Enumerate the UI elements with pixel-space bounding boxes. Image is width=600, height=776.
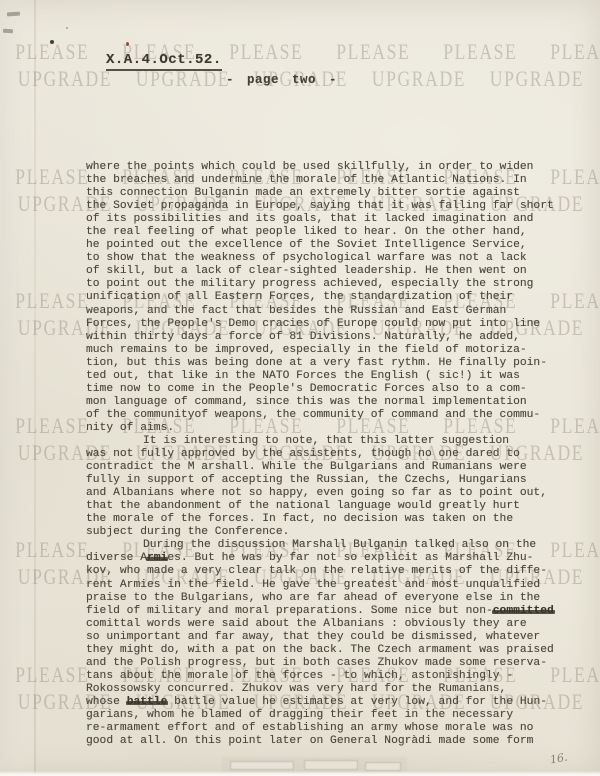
watermark-word: PLEASE [551, 41, 600, 63]
text-line: weapons, and the fact that besides the R… [86, 305, 566, 318]
text-line: mon language of command, since this was … [86, 396, 566, 409]
rust-speck [66, 27, 68, 29]
text-line: of its possibilities and its goals, that… [86, 213, 566, 226]
text-line: garians, whom he blamed of dragging thei… [86, 709, 566, 722]
watermark-row: PLEASEPLEASEPLEASEPLEASEPLEASEPLEASE [6, 41, 600, 63]
text-line: time now to come in the People's Democra… [86, 383, 566, 396]
text-line: within thirty days a force of 81 Divisio… [86, 331, 566, 344]
edge-mark [3, 29, 13, 34]
text-line: re-armament effort and of establishing a… [86, 722, 566, 735]
text-line: the breaches and undermine the morale of… [86, 174, 566, 187]
text-line: unification of all Eastern Forces, the s… [86, 291, 566, 304]
text-line: he pointed out the excellence of the Sov… [86, 239, 566, 252]
text-line: and the Polish progress, but in both cas… [86, 657, 566, 670]
fold-crease [34, 0, 36, 776]
text-line: the real feeling of what people liked to… [86, 226, 566, 239]
watermark-word: UPGRADE [489, 68, 583, 90]
text-line: they might do, with a pat on the back. T… [86, 644, 566, 657]
rust-speck [126, 42, 129, 46]
page-number-label: - page two - [226, 73, 337, 87]
text-line: good at all. On this point later on Gene… [86, 735, 566, 748]
text-line: tion, but this was being done at a very … [86, 357, 566, 370]
watermark-word: PLEASE [229, 41, 303, 63]
scan-edge-bottom [0, 771, 600, 776]
text-line: Forces, the People's Demo cracies of Eur… [86, 318, 566, 331]
watermark-word: UPGRADE [372, 68, 466, 90]
text-line: the morale of the forces. In fact, no de… [86, 513, 566, 526]
text-line: ted out, that like in the NATO Forces th… [86, 370, 566, 383]
scan-edge-left [0, 0, 34, 776]
text-line: fully in support of accepting the Russia… [86, 474, 566, 487]
text-line: whose battle battle value he estimates a… [86, 696, 566, 709]
text-line: to show that the weakness of psychologic… [86, 252, 566, 265]
text-line: It is interesting to note, that this lat… [86, 435, 566, 448]
text-line: contradict the M arshall. While the Bulg… [86, 461, 566, 474]
text-line: this connection Bulganin made an extreme… [86, 187, 566, 200]
pencil-page-number: 16. [549, 751, 568, 767]
text-line: comittal words were said about the Alban… [86, 618, 566, 631]
text-line: where the points which could be used ski… [86, 161, 566, 174]
watermark-word: PLEASE [336, 41, 410, 63]
text-line: so unimportant and far away, that they c… [86, 631, 566, 644]
document-reference: X.A.4.Oct.52. [106, 52, 222, 71]
text-line: much remains to be improved, especially … [86, 344, 566, 357]
struck-out-word: rmi [147, 552, 167, 564]
text-line: During the discussion Marshall Bulganin … [86, 539, 566, 552]
text-line: to point out the military progress achie… [86, 278, 566, 291]
text-line: of the communityof weapons, the communit… [86, 409, 566, 422]
text-line: subject during the Conference. [86, 526, 566, 539]
text-line: praise to the Bulgarians, who are far ah… [86, 592, 566, 605]
struck-out-word: battle [127, 696, 168, 708]
document-page: PLEASEPLEASEPLEASEPLEASEPLEASEPLEASEUPGR… [0, 0, 600, 776]
text-line: that the abandonment of the national lan… [86, 500, 566, 513]
text-line: was not fully approved by the assistents… [86, 448, 566, 461]
watermark-word: UPGRADE [136, 68, 230, 90]
ink-speck [50, 40, 54, 44]
text-line: kov, who made a very clear talk on the r… [86, 565, 566, 578]
text-line: rent Armies in the field. He gave the gr… [86, 579, 566, 592]
text-line: nity of aims. [86, 422, 566, 435]
watermark-word: PLEASE [444, 41, 518, 63]
text-line: of skill, but a lack of clear-sighted le… [86, 265, 566, 278]
text-line: field of military and moral preparations… [86, 605, 566, 618]
text-line: diverse Armies. But he was by far not so… [86, 552, 566, 565]
text-line: the Soviet propaganda in Europe, saying … [86, 200, 566, 213]
text-line: Rokossowsky concurred. Zhukov was very h… [86, 683, 566, 696]
text-line: tans about the morale of the forces - to… [86, 670, 566, 683]
typewritten-text: where the points which could be used ski… [86, 161, 566, 748]
text-line: and Albanians where not so happy, even g… [86, 487, 566, 500]
struck-out-word: committed [493, 605, 554, 617]
